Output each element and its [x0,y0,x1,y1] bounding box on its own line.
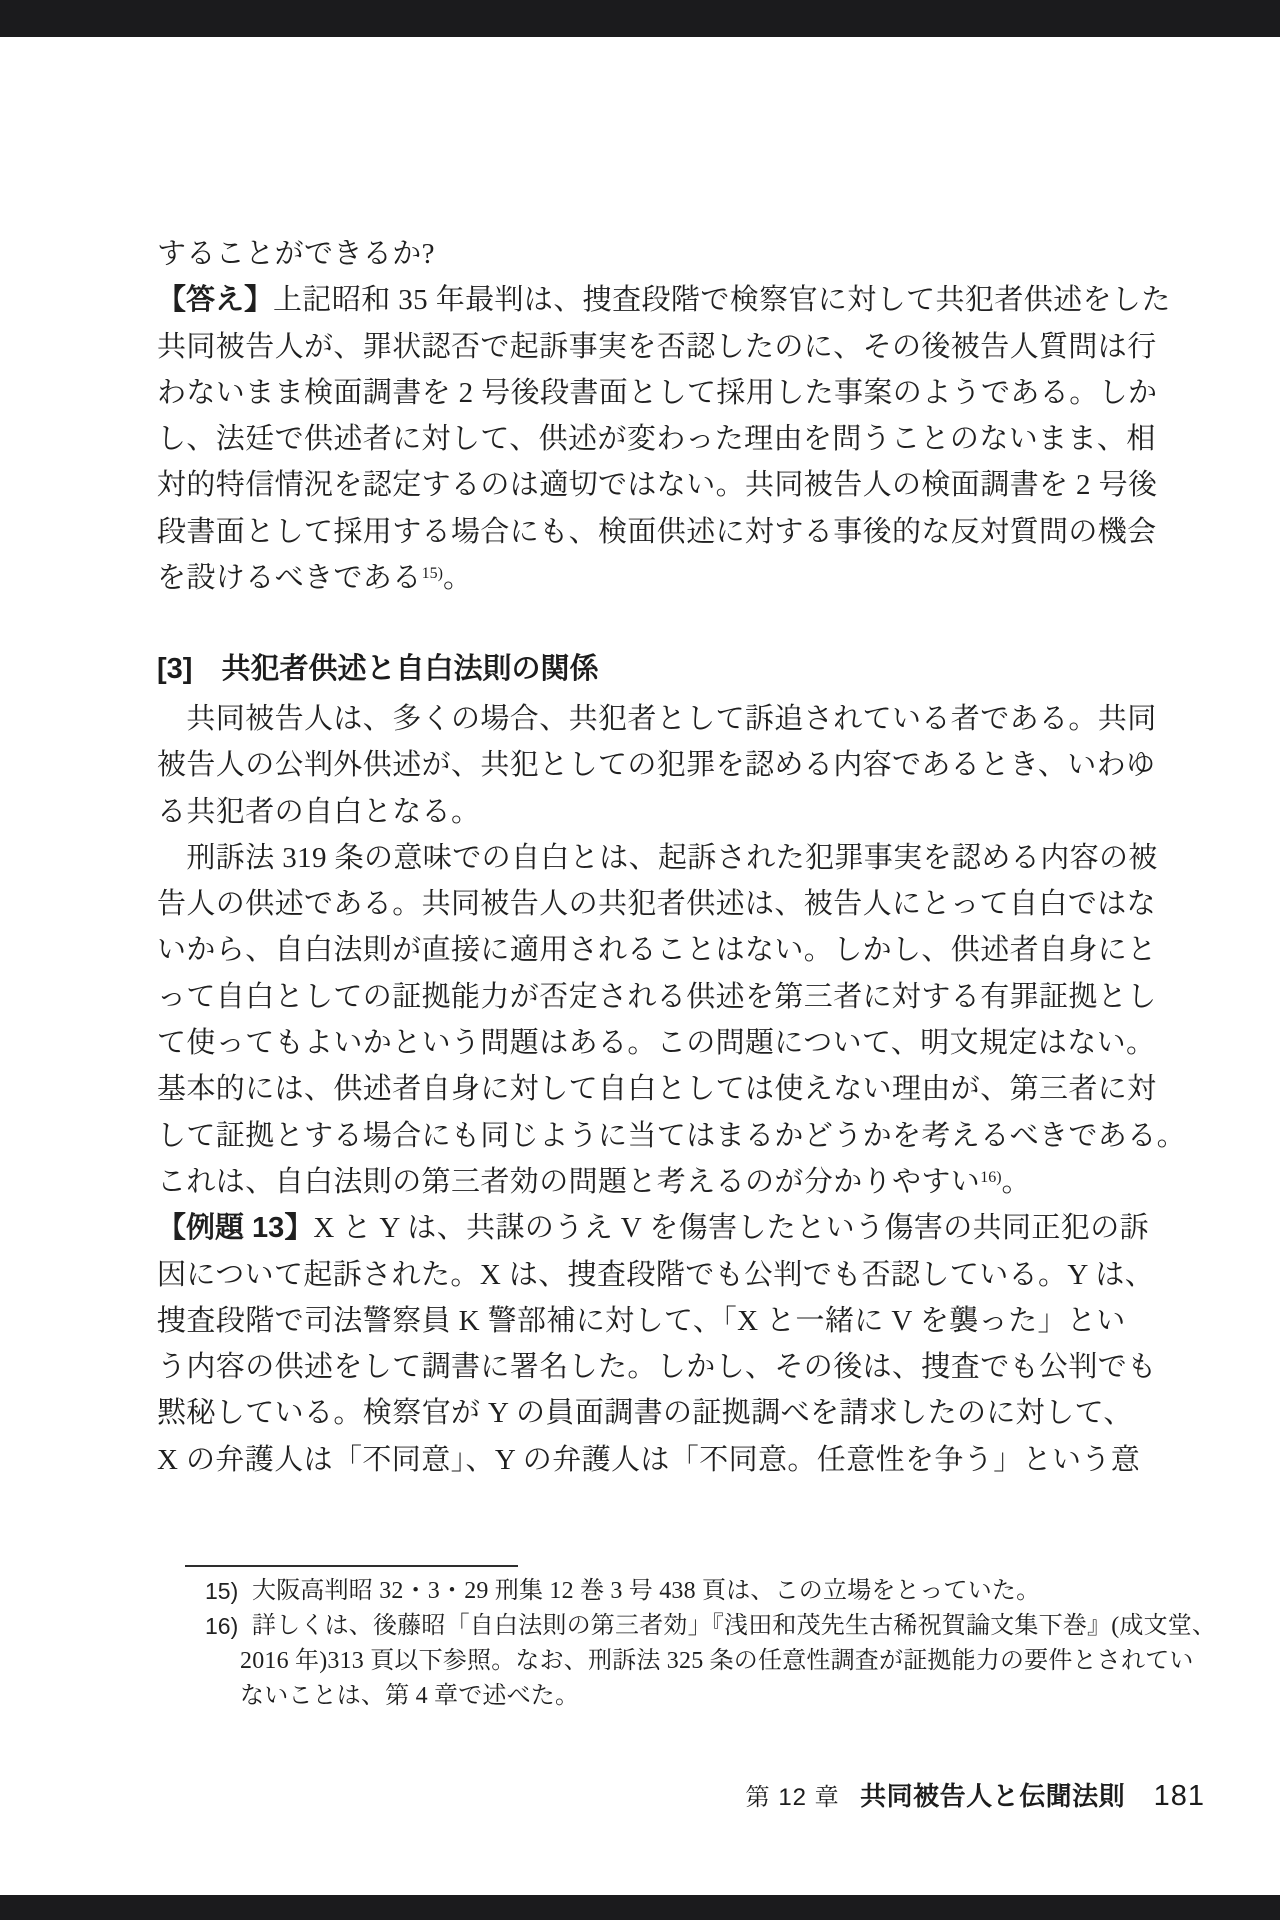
footnote-line: ないことは、第 4 章で述べた。 [240,1679,1216,1714]
footnote: 15)大阪高判昭 32・3・29 刑集 12 巻 3 号 438 頁は、この立場… [205,1574,1155,1609]
text-line: 黙秘している。検察官が Y の員面調書の証拠調べを請求したのに対して、 [157,1390,1217,1436]
footnote-line: 詳しくは、後藤昭「自白法則の第三者効」『浅田和茂先生古稀祝賀論文集下巻』(成文堂… [252,1609,1216,1644]
text-line: て使ってもよいかという問題はある。この問題について、明文規定はない。 [157,1020,1217,1066]
text-line: することができるか? [157,231,1217,277]
body-paragraphs: 共同被告人は、多くの場合、共犯者として訴追されている者である。共同被告人の公判外… [157,696,1217,1483]
footnote-number: 16) [205,1609,252,1644]
text-line: X の弁護人は「不同意」、Y の弁護人は「不同意。任意性を争う」という意 [157,1437,1217,1483]
footnote-separator-rule [185,1565,518,1567]
text-line: 告人の供述である。共同被告人の共犯者供述は、被告人にとって自白ではな [157,881,1217,927]
text-line: し、法廷で供述者に対して、供述が変わった理由を問うことのないまま、相 [157,416,1217,462]
footnote-line: 2016 年)313 頁以下参照。なお、刑訴法 325 条の任意性調査が証拠能力… [240,1644,1216,1679]
text-line: 因について起訴された。X は、捜査段階でも公判でも否認している。Y は、 [157,1252,1217,1298]
footnote-line: 大阪高判昭 32・3・29 刑集 12 巻 3 号 438 頁は、この立場をとっ… [252,1574,1155,1609]
footer-chapter-title: 共同被告人と伝聞法則 [860,1781,1125,1811]
answer-paragraph: することができるか?【答え】上記昭和 35 年最判は、捜査段階で検察官に対して共… [157,231,1217,601]
bottom-bar [0,1895,1280,1920]
text-line: 対的特信情況を認定するのは適切ではない。共同被告人の検面調書を 2 号後 [157,462,1217,508]
text-line: を設けるべきである15)。 [157,555,1217,601]
text-line: 捜査段階で司法警察員 K 警部補に対して、「X と一緒に V を襲った」とい [157,1298,1217,1344]
text-line: う内容の供述をして調書に署名した。しかし、その後は、捜査でも公判でも [157,1344,1217,1390]
text-line: 刑訴法 319 条の意味での自白とは、起訴された犯罪事実を認める内容の被 [157,835,1217,881]
text-line: る共犯者の自白となる。 [157,789,1217,835]
section-heading: [3] 共犯者供述と自白法則の関係 [157,649,598,689]
page-footer: 第 12 章 共同被告人と伝聞法則 181 [0,1776,1205,1813]
text-line: わないまま検面調書を 2 号後段書面として採用した事案のようである。しか [157,370,1217,416]
text-line: 基本的には、供述者自身に対して自白としては使えない理由が、第三者に対 [157,1066,1217,1112]
footnote-number: 15) [205,1574,252,1609]
text-line: して証拠とする場合にも同じように当てはまるかどうかを考えるべきである。 [157,1113,1217,1159]
footnote: 16)詳しくは、後藤昭「自白法則の第三者効」『浅田和茂先生古稀祝賀論文集下巻』(… [205,1609,1155,1714]
text-line: って自白としての証拠能力が否定される供述を第三者に対する有罪証拠とし [157,974,1217,1020]
footer-chapter-number: 第 12 章 [746,1784,840,1811]
text-line: 共同被告人は、多くの場合、共犯者として訴追されている者である。共同 [157,696,1217,742]
text-line: 段書面として採用する場合にも、検面供述に対する事後的な反対質問の機会 [157,509,1217,555]
text-line: これは、自白法則の第三者効の問題と考えるのが分かりやすい16)。 [157,1159,1217,1205]
text-line: いから、自白法則が直接に適用されることはない。しかし、供述者自身にと [157,927,1217,973]
footnotes: 15)大阪高判昭 32・3・29 刑集 12 巻 3 号 438 頁は、この立場… [205,1574,1155,1714]
book-page: することができるか?【答え】上記昭和 35 年最判は、捜査段階で検察官に対して共… [0,37,1280,1895]
text-line: 被告人の公判外供述が、共犯としての犯罪を認める内容であるとき、いわゆ [157,742,1217,788]
top-bar [0,0,1280,37]
text-line: 【例題 13】X と Y は、共謀のうえ V を傷害したという傷害の共同正犯の訴 [157,1205,1217,1251]
footer-page-number: 181 [1154,1780,1205,1812]
text-line: 【答え】上記昭和 35 年最判は、捜査段階で検察官に対して共犯者供述をした [157,277,1217,323]
text-line: 共同被告人が、罪状認否で起訴事実を否認したのに、その後被告人質問は行 [157,324,1217,370]
